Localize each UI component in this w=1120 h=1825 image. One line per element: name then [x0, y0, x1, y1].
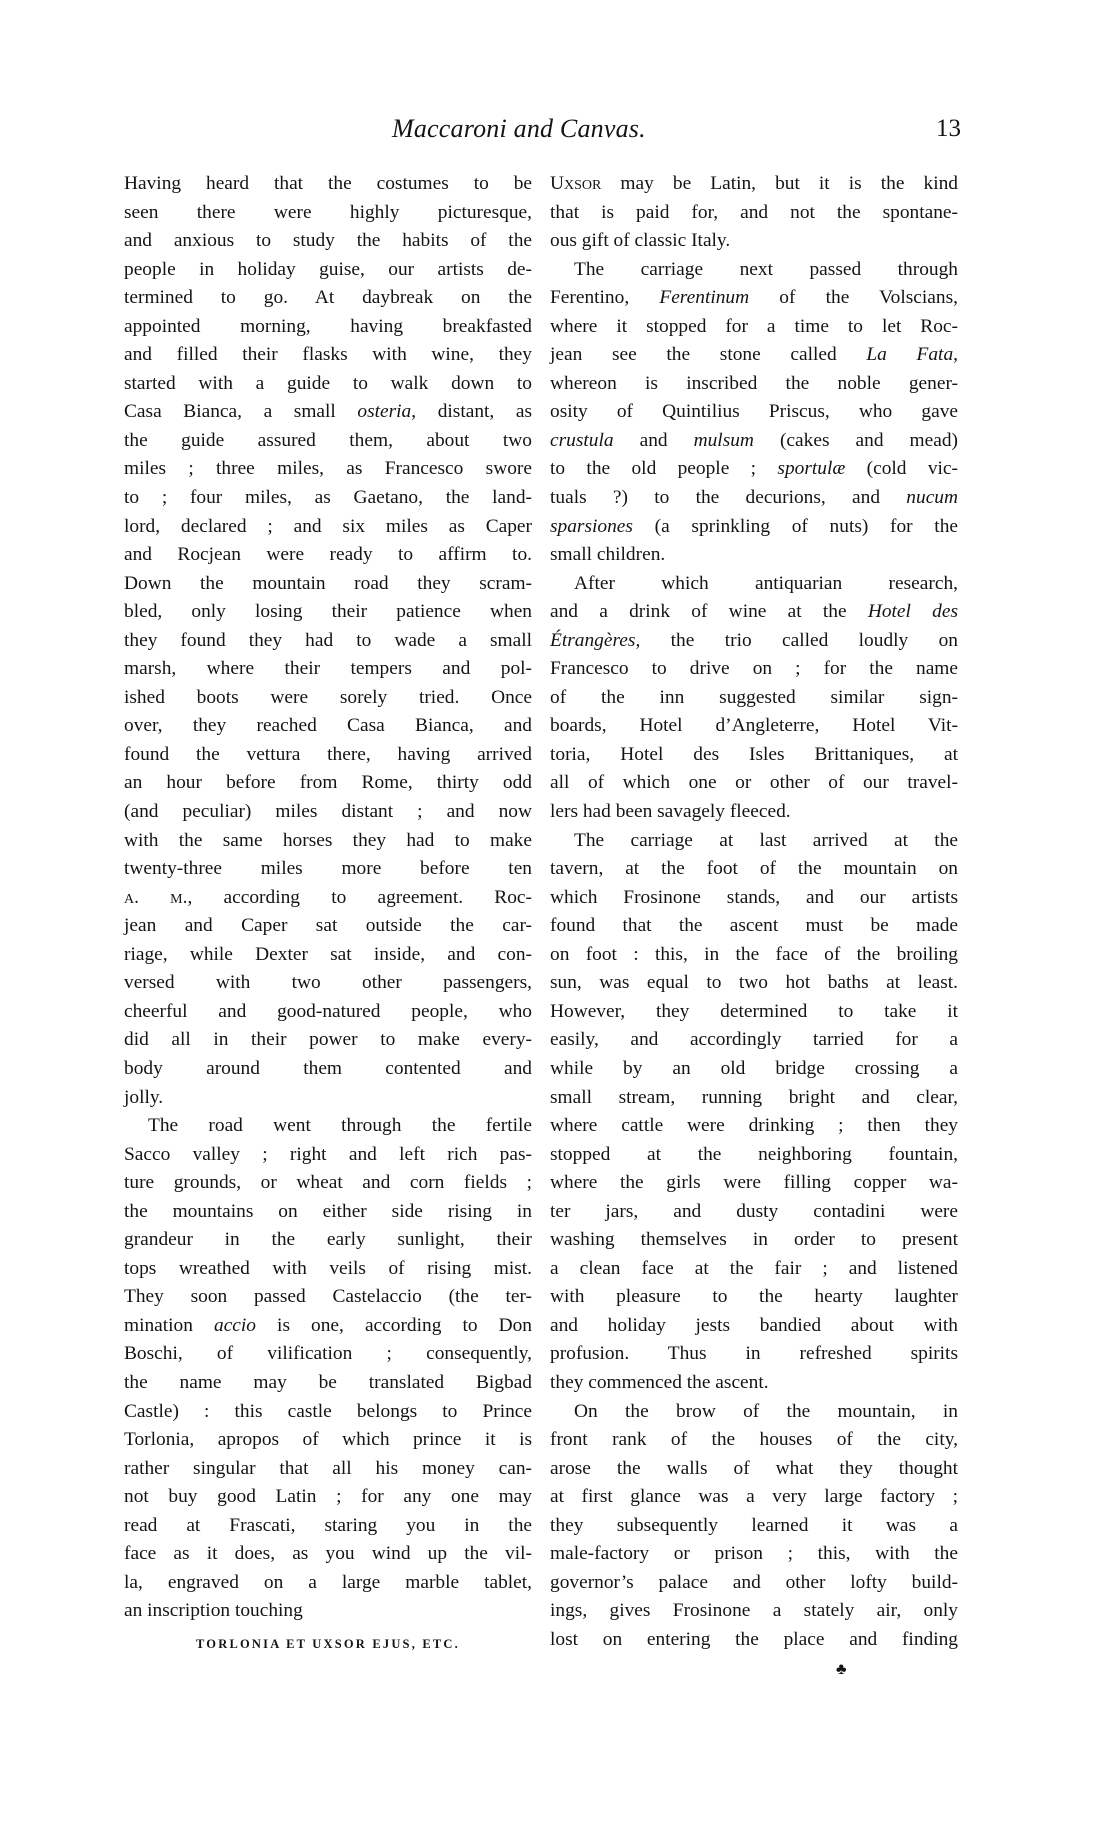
text-line: termined to go. At daybreak on the [124, 284, 532, 313]
text-line: with pleasure to the hearty laughter [550, 1283, 958, 1312]
text-line: found that the ascent must be made [550, 912, 958, 941]
text-line: washing themselves in order to present [550, 1226, 958, 1255]
text-line: an inscription touching [124, 1597, 532, 1626]
inscription: TORLONIA ET UXSOR EJUS, ETC. [124, 1635, 532, 1653]
book-page: Maccaroni and Canvas. 13 Having heard th… [0, 0, 1120, 1825]
text-line: marsh, where their tempers and pol- [124, 655, 532, 684]
page-number: 13 [936, 112, 961, 146]
text-line: seen there were highly picturesque, [124, 199, 532, 228]
text-line: crustula and mulsum (cakes and mead) [550, 427, 958, 456]
text-line: mination accio is one, according to Don [124, 1312, 532, 1341]
text-line: la, engraved on a large marble tablet, [124, 1569, 532, 1598]
text-line: male-factory or prison ; this, with the [550, 1540, 958, 1569]
text-line: a. m., according to agreement. Roc- [124, 884, 532, 913]
text-line: Boschi, of vilification ; consequently, [124, 1340, 532, 1369]
text-line: Uxsor may be Latin, but it is the kind [550, 170, 958, 199]
italic-term: accio [214, 1315, 256, 1336]
text-line: that is paid for, and not the spontane- [550, 199, 958, 228]
text-line: of the inn suggested similar sign- [550, 684, 958, 713]
text-line: small children. [550, 541, 958, 570]
italic-term: Étrangères [550, 630, 635, 651]
text-line: and filled their flasks with wine, they [124, 341, 532, 370]
text-line: and a drink of wine at the Hotel des [550, 598, 958, 627]
text-line: at first glance was a very large factory… [550, 1483, 958, 1512]
text-line: they commenced the ascent. [550, 1369, 958, 1398]
text-line: they subsequently learned it was a [550, 1512, 958, 1541]
text-line: Torlonia, apropos of which prince it is [124, 1426, 532, 1455]
italic-term: Ferentinum [659, 287, 749, 308]
text-line: Étrangères, the trio called loudly on [550, 627, 958, 656]
text-line: Down the mountain road they scram- [124, 570, 532, 599]
text-line: However, they determined to take it [550, 998, 958, 1027]
italic-term: mulsum [694, 430, 754, 451]
text-line: The road went through the fertile [124, 1112, 532, 1141]
text-line: osity of Quintilius Priscus, who gave [550, 398, 958, 427]
text-line: which Frosinone stands, and our artists [550, 884, 958, 913]
text-line: sparsiones (a sprinkling of nuts) for th… [550, 513, 958, 542]
text-line: over, they reached Casa Bianca, and [124, 712, 532, 741]
text-line: ous gift of classic Italy. [550, 227, 958, 256]
text-line: On the brow of the mountain, in [550, 1398, 958, 1427]
text-line: to ; four miles, as Gaetano, the land- [124, 484, 532, 513]
italic-term: osteria [357, 401, 411, 422]
text-line: bled, only losing their patience when [124, 598, 532, 627]
text-line: easily, and accordingly tarried for a [550, 1026, 958, 1055]
text-line: Casa Bianca, a small osteria, distant, a… [124, 398, 532, 427]
text-line: ings, gives Frosinone a stately air, onl… [550, 1597, 958, 1626]
text-line: with the same horses they had to make [124, 827, 532, 856]
text-line: face as it does, as you wind up the vil- [124, 1540, 532, 1569]
text-line: twenty-three miles more before ten [124, 855, 532, 884]
italic-term: sportulæ [777, 458, 845, 479]
text-line: all of which one or other of our travel- [550, 769, 958, 798]
text-line: did all in their power to make every- [124, 1026, 532, 1055]
text-line: where it stopped for a time to let Roc- [550, 313, 958, 342]
text-line: whereon is inscribed the noble gener- [550, 370, 958, 399]
text-line: rather singular that all his money can- [124, 1455, 532, 1484]
text-line: (and peculiar) miles distant ; and now [124, 798, 532, 827]
text-line: they found they had to wade a small [124, 627, 532, 656]
text-line: to the old people ; sportulæ (cold vic- [550, 455, 958, 484]
text-line: The carriage at last arrived at the [550, 827, 958, 856]
text-line: and Rocjean were ready to affirm to. [124, 541, 532, 570]
text-line: stopped at the neighboring fountain, [550, 1141, 958, 1170]
text-line: boards, Hotel d’Angleterre, Hotel Vit- [550, 712, 958, 741]
italic-term: La Fata [866, 344, 953, 365]
text-line: They soon passed Castelaccio (the ter- [124, 1283, 532, 1312]
text-line: sun, was equal to two hot baths at least… [550, 969, 958, 998]
text-line: Francesco to drive on ; for the name [550, 655, 958, 684]
right-column: Uxsor may be Latin, but it is the kindth… [550, 170, 958, 1654]
text-line: appointed morning, having breakfasted [124, 313, 532, 342]
text-line: read at Frascati, staring you in the [124, 1512, 532, 1541]
text-line: riage, while Dexter sat inside, and con- [124, 941, 532, 970]
text-line: jean see the stone called La Fata, [550, 341, 958, 370]
text-line: small stream, running bright and clear, [550, 1084, 958, 1113]
italic-term: nucum [906, 487, 958, 508]
text-line: people in holiday guise, our artists de- [124, 256, 532, 285]
text-line: while by an old bridge crossing a [550, 1055, 958, 1084]
text-line: tops wreathed with veils of rising mist. [124, 1255, 532, 1284]
text-line: After which antiquarian research, [550, 570, 958, 599]
printer-blot-icon: ♣ [836, 1662, 847, 1678]
text-line: jean and Caper sat outside the car- [124, 912, 532, 941]
text-line: started with a guide to walk down to [124, 370, 532, 399]
text-line: a clean face at the fair ; and listened [550, 1255, 958, 1284]
text-line: and anxious to study the habits of the [124, 227, 532, 256]
text-line: Sacco valley ; right and left rich pas- [124, 1141, 532, 1170]
left-column: Having heard that the costumes to beseen… [124, 170, 532, 1653]
text-line: toria, Hotel des Isles Brittaniques, at [550, 741, 958, 770]
text-line: the name may be translated Bigbad [124, 1369, 532, 1398]
text-line: governor’s palace and other lofty build- [550, 1569, 958, 1598]
text-line: Ferentino, Ferentinum of the Volscians, [550, 284, 958, 313]
text-line: Having heard that the costumes to be [124, 170, 532, 199]
text-line: miles ; three miles, as Francesco swore [124, 455, 532, 484]
text-line: ture grounds, or wheat and corn fields ; [124, 1169, 532, 1198]
text-line: lost on entering the place and finding [550, 1626, 958, 1655]
text-line: an hour before from Rome, thirty odd [124, 769, 532, 798]
text-line: Castle) : this castle belongs to Prince [124, 1398, 532, 1427]
running-title: Maccaroni and Canvas. [392, 112, 646, 146]
text-line: and holiday jests bandied about with [550, 1312, 958, 1341]
text-line: the guide assured them, about two [124, 427, 532, 456]
text-line: versed with two other passengers, [124, 969, 532, 998]
text-line: not buy good Latin ; for any one may [124, 1483, 532, 1512]
text-line: ter jars, and dusty contadini were [550, 1198, 958, 1227]
italic-term: Hotel des [868, 601, 958, 622]
text-line: tavern, at the foot of the mountain on [550, 855, 958, 884]
small-caps-term: a. m. [124, 887, 187, 908]
text-line: front rank of the houses of the city, [550, 1426, 958, 1455]
text-line: tuals ?) to the decurions, and nucum [550, 484, 958, 513]
text-line: The carriage next passed through [550, 256, 958, 285]
italic-term: crustula [550, 430, 614, 451]
text-line: lers had been savagely fleeced. [550, 798, 958, 827]
text-line: cheerful and good-natured people, who [124, 998, 532, 1027]
text-line: grandeur in the early sunlight, their [124, 1226, 532, 1255]
italic-term: sparsiones [550, 516, 633, 537]
text-line: profusion. Thus in refreshed spirits [550, 1340, 958, 1369]
text-line: lord, declared ; and six miles as Caper [124, 513, 532, 542]
text-line: ished boots were sorely tried. Once [124, 684, 532, 713]
text-line: where the girls were filling copper wa- [550, 1169, 958, 1198]
text-line: jolly. [124, 1084, 532, 1113]
text-line: the mountains on either side rising in [124, 1198, 532, 1227]
small-caps-term: Uxsor [550, 173, 601, 194]
text-line: found the vettura there, having arrived [124, 741, 532, 770]
text-line: body around them contented and [124, 1055, 532, 1084]
text-line: arose the walls of what they thought [550, 1455, 958, 1484]
text-line: on foot : this, in the face of the broil… [550, 941, 958, 970]
text-line: where cattle were drinking ; then they [550, 1112, 958, 1141]
